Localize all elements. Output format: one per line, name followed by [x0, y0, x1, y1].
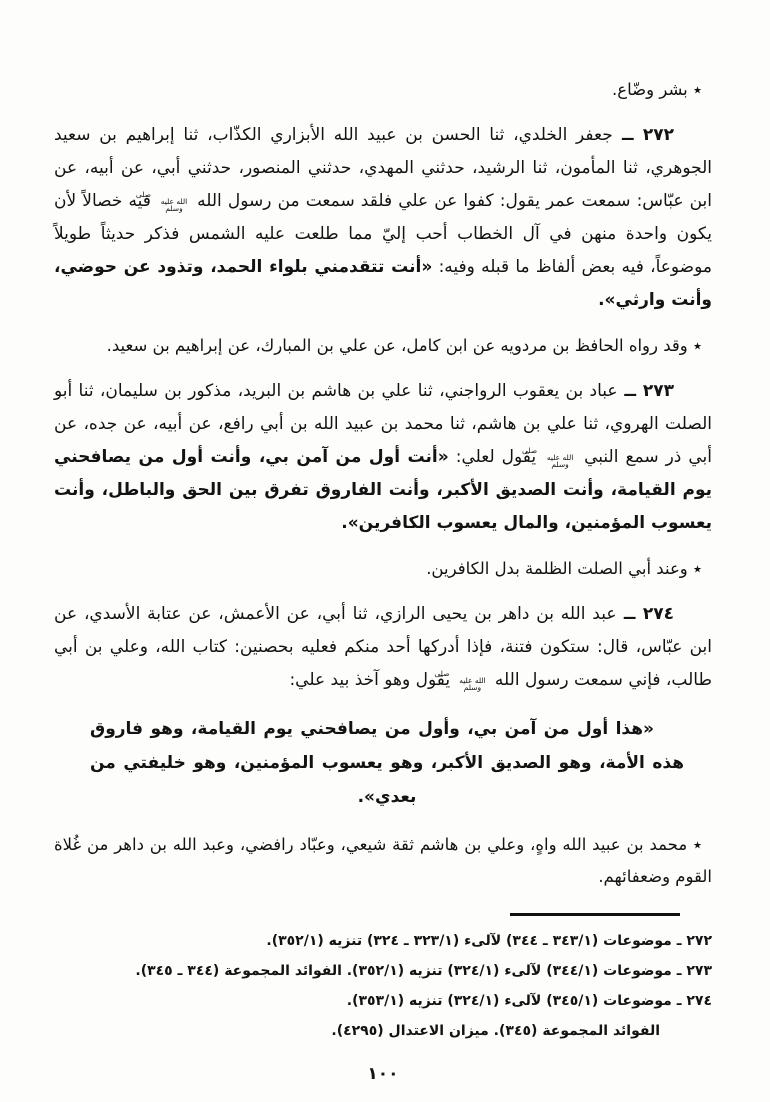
editor-comment-273-variant: ٭ وعند أبي الصلت الظلمة بدل الكافرين.	[54, 553, 712, 585]
footnote-273: ٢٧٣ ـ موضوعات (٣٤٤/١) لآلىء (٣٢٤/١) تنزي…	[54, 956, 712, 986]
footnote-274: ٢٧٤ ـ موضوعات (٣٤٥/١) لآلىء (٣٢٤/١) تنزي…	[54, 986, 712, 1016]
comment-text: ٭ وقد رواه الحافظ بن مردويه عن ابن كامل،…	[107, 336, 702, 355]
hadith-274: ٢٧٤ ــ عبد الله بن داهر بن يحيى الرازي، …	[54, 598, 712, 697]
footnote-274-continued: الفوائد المجموعة (٣٤٥). ميزان الاعتدال (…	[54, 1016, 712, 1046]
comment-text: ٭ محمد بن عبيد الله واهٍ، وعلي بن هاشم ث…	[54, 835, 712, 886]
hadith-number: ٢٧٤ ــ	[616, 604, 674, 624]
book-page: ٭ بشر وضّاع. ٢٧٢ ــ جعفر الخلدي، ثنا الح…	[0, 0, 770, 1102]
hadith-quote: «هذا أول من آمن بي، وأول من يصافحني يوم …	[90, 719, 684, 807]
hadith-272: ٢٧٢ ــ جعفر الخلدي، ثنا الحسن بن عبيد ال…	[54, 119, 712, 317]
footnote-divider	[510, 913, 680, 916]
editor-comment-272-grading: ٭ بشر وضّاع.	[54, 74, 712, 106]
prophet-honorific-icon: صلى الله عليه وسلم	[159, 191, 189, 212]
hadith-274-quote: «هذا أول من آمن بي، وأول من يصافحني يوم …	[90, 712, 684, 814]
footnote-272: ٢٧٢ ـ موضوعات (٣٤٣/١ ـ ٣٤٤) لآلىء (٣٢٣/١…	[54, 926, 712, 956]
editor-comment-272-variant: ٭ وقد رواه الحافظ بن مردويه عن ابن كامل،…	[54, 330, 712, 362]
hadith-number: ٢٧٢ ــ	[613, 125, 674, 145]
comment-text: ٭ بشر وضّاع.	[612, 80, 702, 99]
page-number: ١٠٠	[54, 1064, 712, 1084]
prophet-honorific-icon: صلى الله عليه وسلم	[545, 447, 575, 468]
hadith-number: ٢٧٣ ــ	[618, 381, 674, 401]
footnotes-section: ٢٧٢ ـ موضوعات (٣٤٣/١ ـ ٣٤٤) لآلىء (٣٢٣/١…	[54, 926, 712, 1046]
prophet-honorific-icon: صلى الله عليه وسلم	[458, 670, 488, 691]
hadith-text: يقول وهو آخذ بيد علي:	[289, 670, 450, 690]
comment-text: ٭ وعند أبي الصلت الظلمة بدل الكافرين.	[426, 559, 702, 578]
editor-comment-274-grading: ٭ محمد بن عبيد الله واهٍ، وعلي بن هاشم ث…	[54, 829, 712, 893]
hadith-273: ٢٧٣ ــ عباد بن يعقوب الرواجني، ثنا علي ب…	[54, 375, 712, 540]
